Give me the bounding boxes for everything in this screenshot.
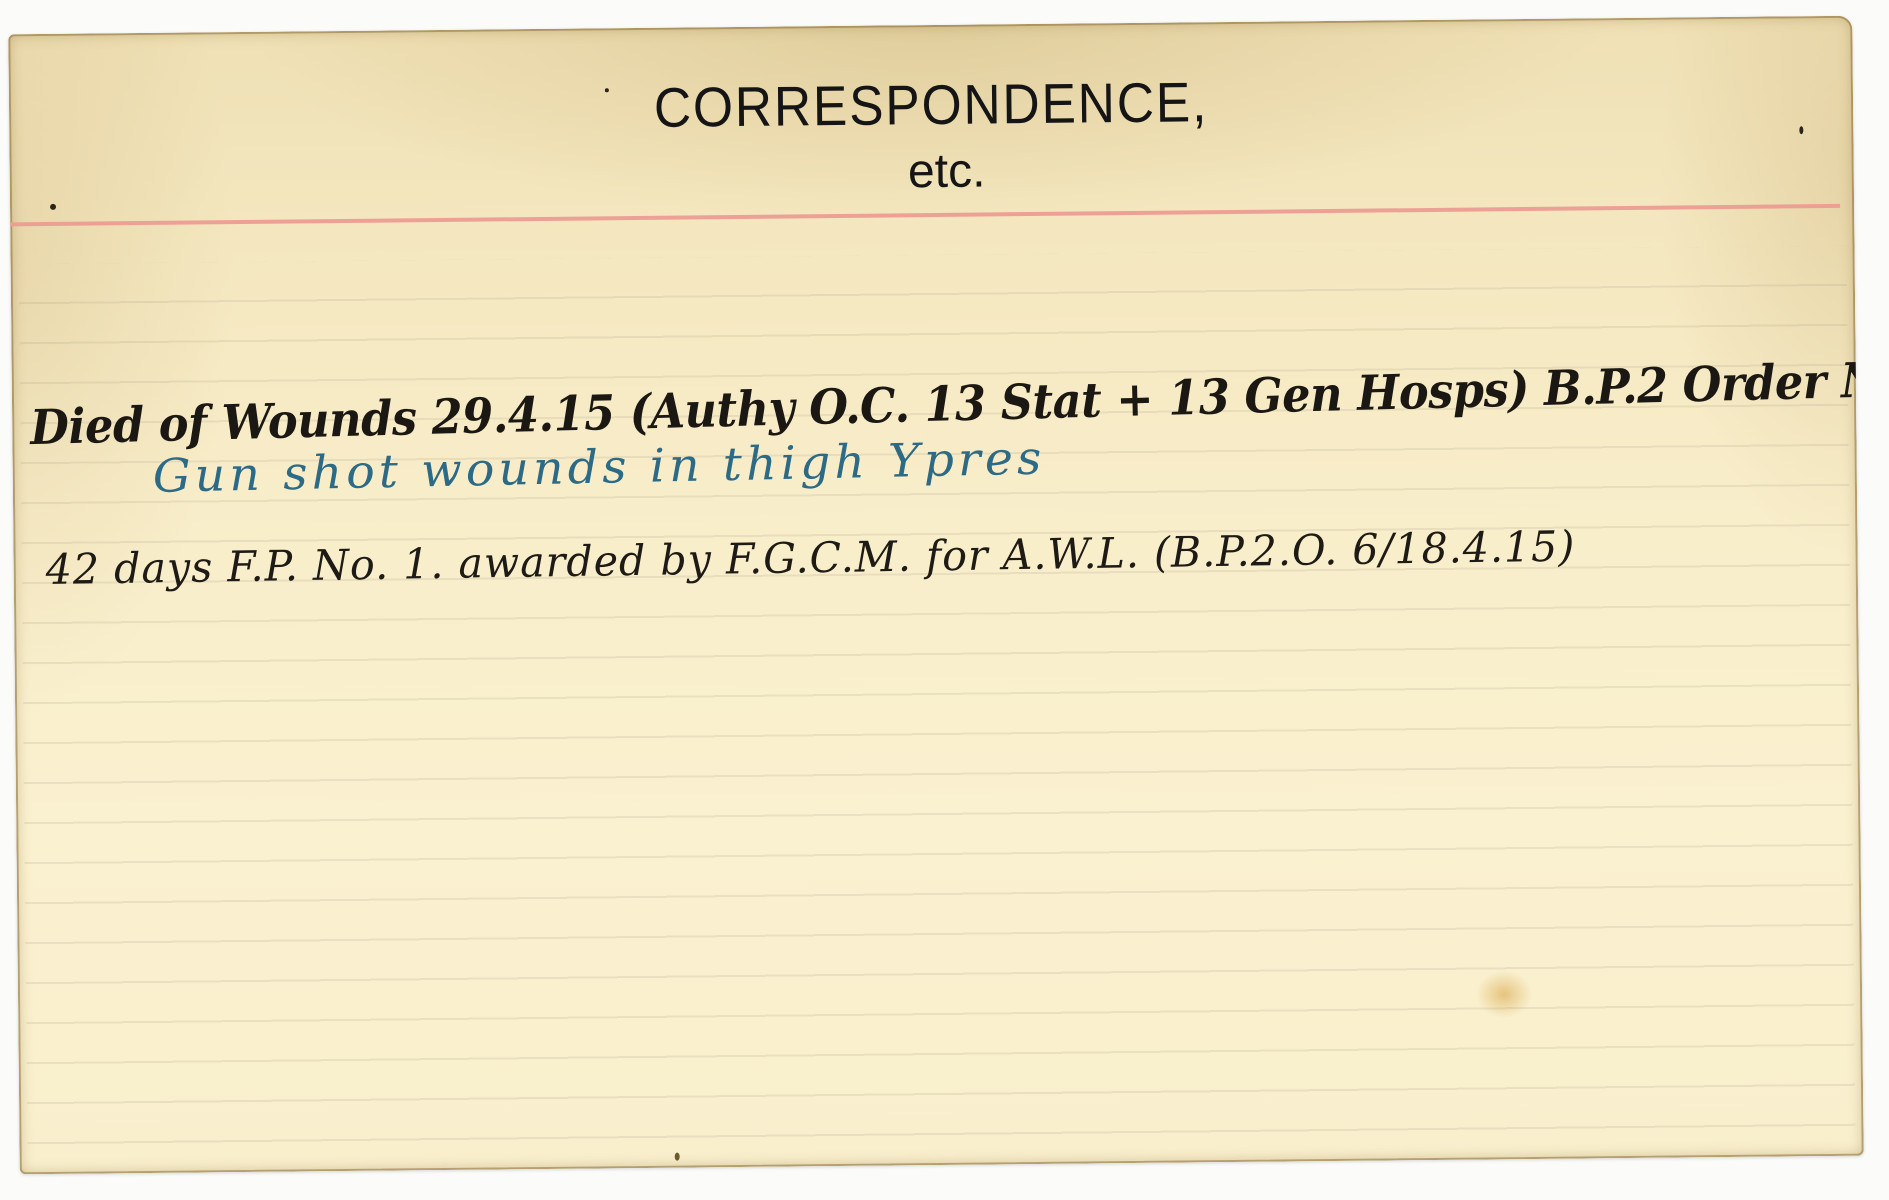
ink-spot — [675, 1153, 680, 1161]
handwritten-entry-punishment: 42 days F.P. No. 1. awarded by F.G.C.M. … — [45, 526, 1575, 591]
ink-spot — [1799, 126, 1803, 134]
correspondence-card: CORRESPONDENCE, etc. Died of Wounds 29.4… — [8, 16, 1863, 1175]
card-title: CORRESPONDENCE, — [83, 66, 1780, 143]
document-scan: CORRESPONDENCE, etc. Died of Wounds 29.4… — [0, 0, 1889, 1200]
ink-spot — [605, 88, 609, 92]
header-divider-red-line — [10, 204, 1840, 227]
card-subtitle: etc. — [10, 138, 1854, 207]
ink-spot — [50, 204, 56, 210]
